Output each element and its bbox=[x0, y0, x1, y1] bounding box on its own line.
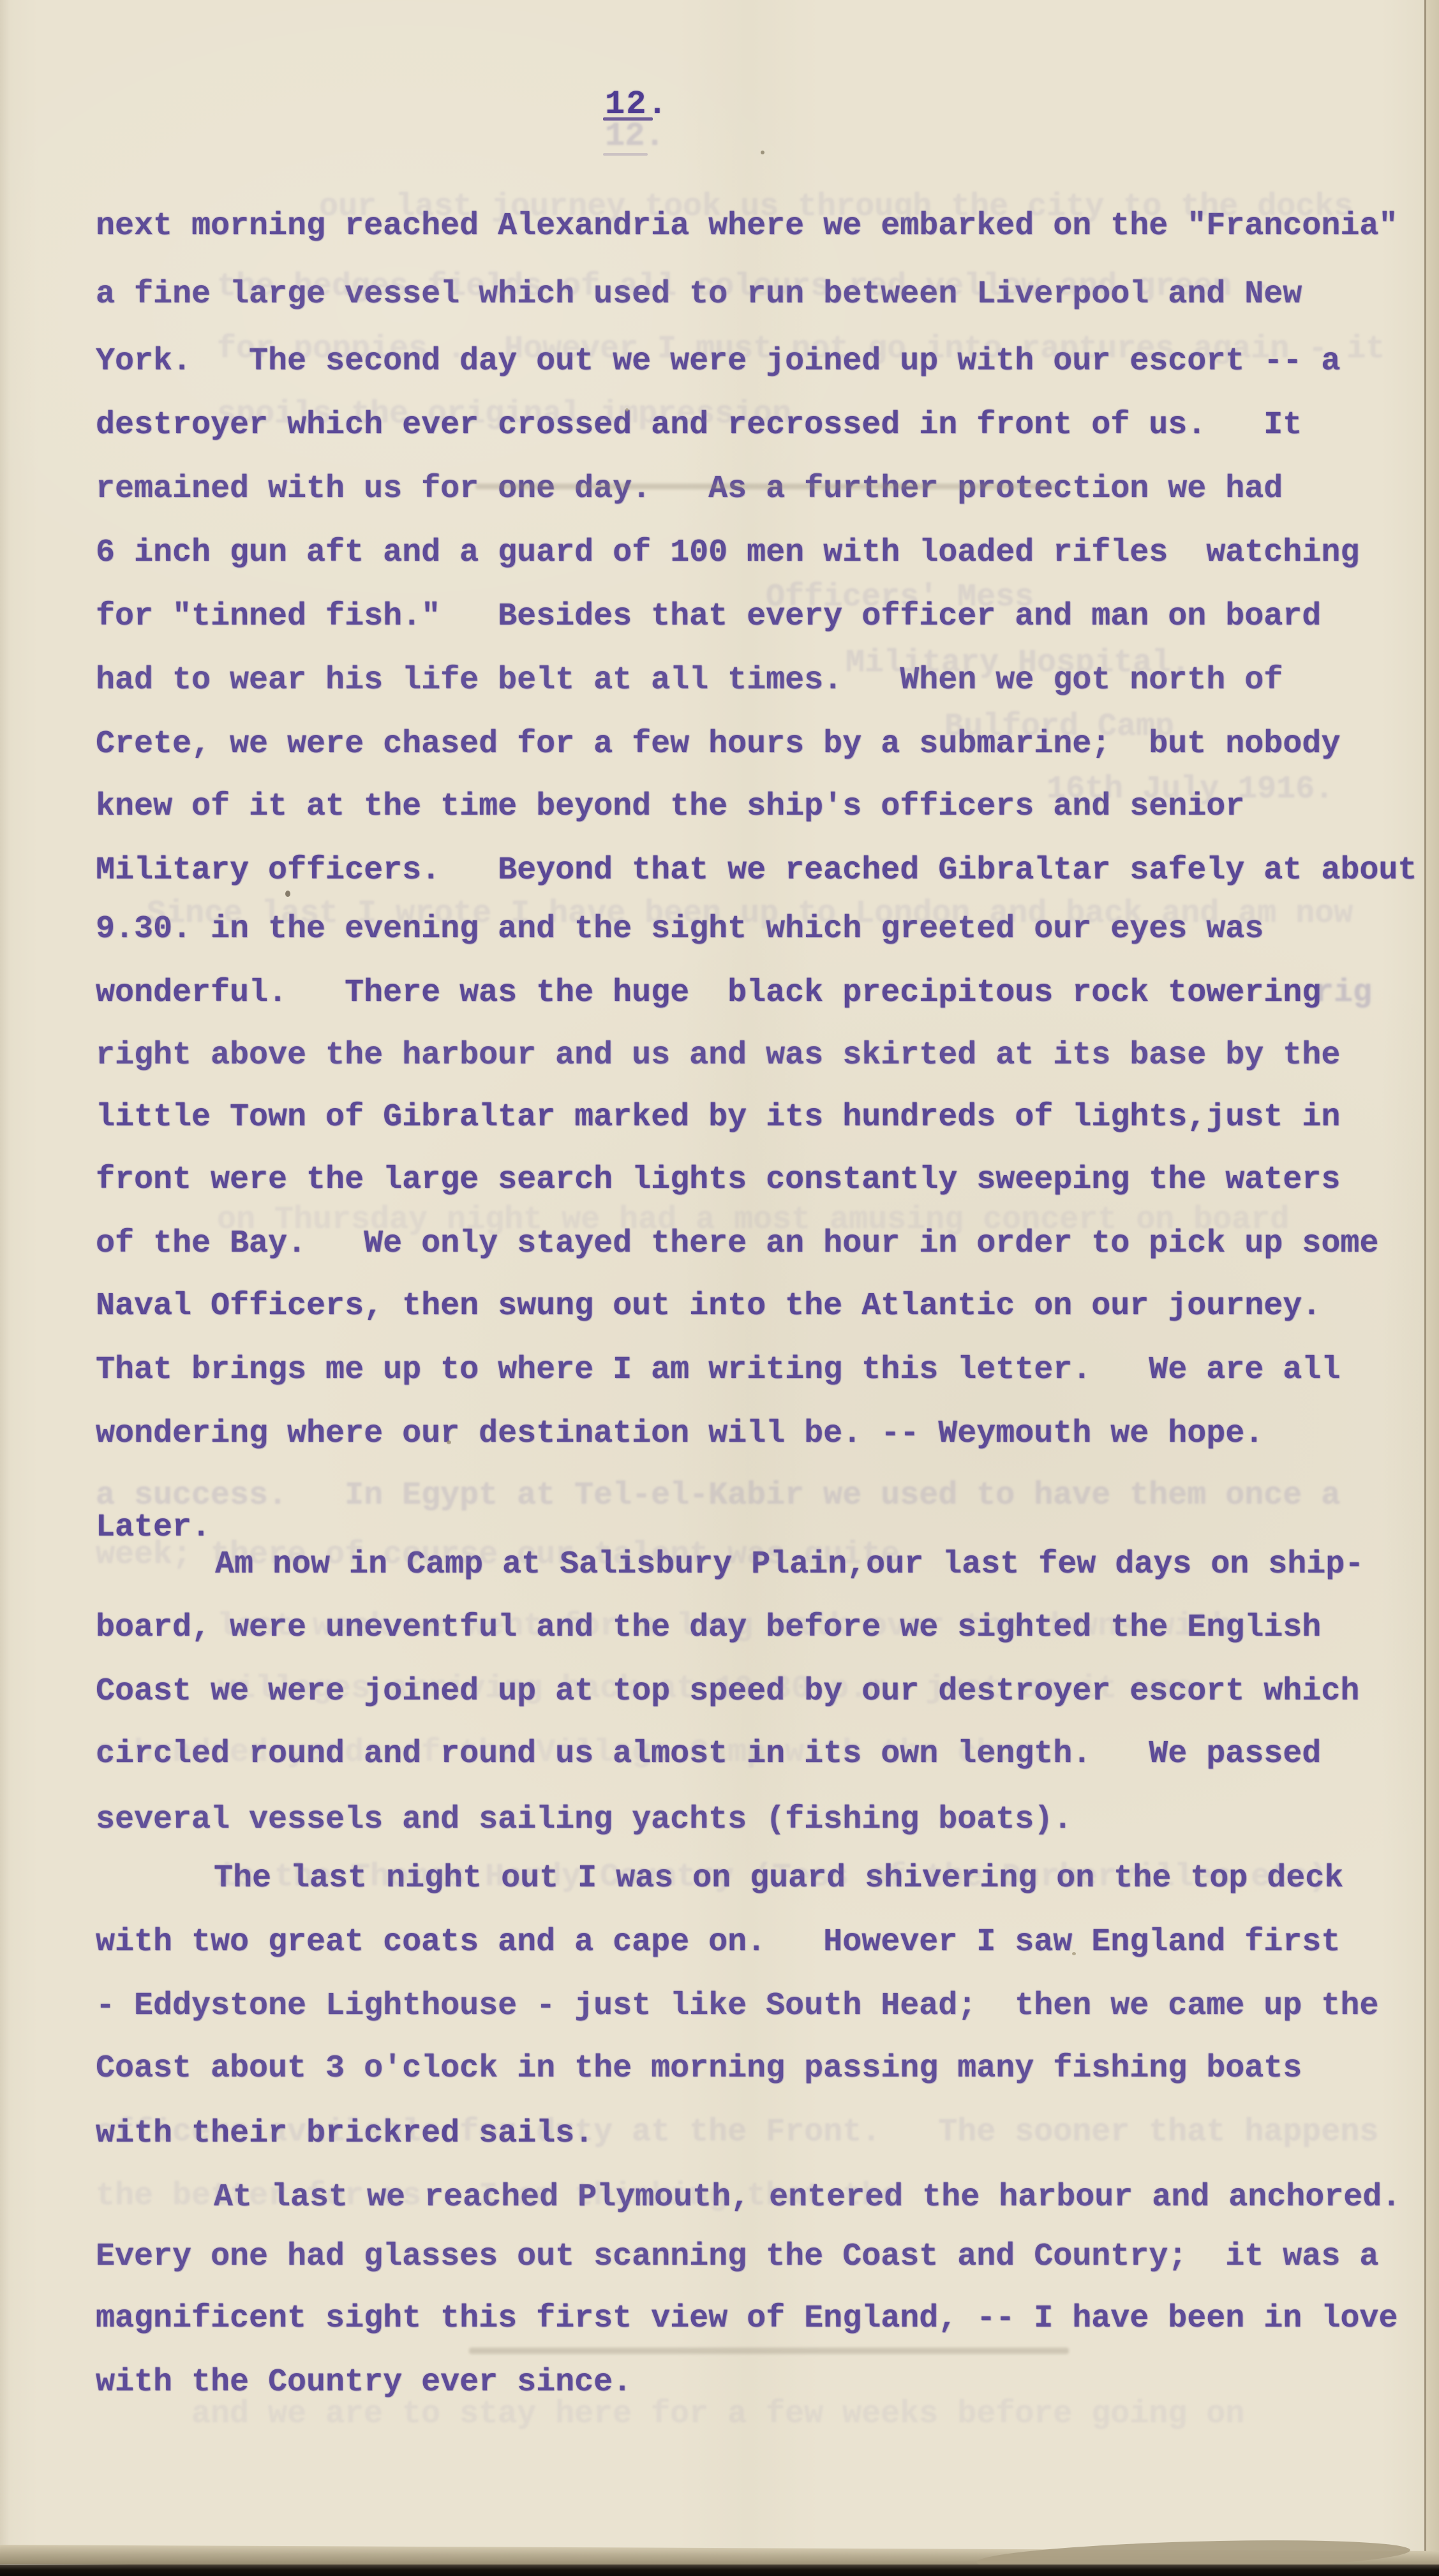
smudge-streak bbox=[469, 2348, 1069, 2354]
ghost-bleedthrough-line: spoils the original impression bbox=[217, 399, 791, 431]
ghost-bleedthrough-line: and we are to stay here for a few weeks … bbox=[191, 2399, 1244, 2431]
typewritten-line: Coast about 3 o'clock in the morning pas… bbox=[96, 2053, 1302, 2085]
ghost-bleedthrough-line: Bulford Camp bbox=[944, 711, 1174, 743]
paper-speck bbox=[761, 151, 764, 154]
ghost-bleedthrough-line: for poppies . However I must not go into… bbox=[217, 334, 1385, 366]
ghost-bleedthrough-line: officers available for duty at the Front… bbox=[96, 2117, 1378, 2149]
typewritten-line: right above the harbour and us and was s… bbox=[96, 1040, 1340, 1072]
book-edge-shadow bbox=[0, 2565, 1439, 2576]
typewritten-line: with the Country ever since. bbox=[96, 2367, 632, 2399]
typewritten-line: wondering where our destination will be.… bbox=[96, 1418, 1264, 1450]
typewritten-line: Military officers. Beyond that we reache… bbox=[96, 855, 1417, 887]
typewritten-line: magnificent sight this first view of Eng… bbox=[96, 2303, 1398, 2335]
ghost-bleedthrough-line: 16th July 1916. bbox=[1047, 774, 1334, 806]
page-number-ghost: 12. bbox=[605, 120, 665, 153]
ghost-bleedthrough-line: on Thursday night we had a most amusing … bbox=[217, 1204, 1289, 1236]
typewritten-line: several vessels and sailing yachts (fish… bbox=[96, 1804, 1072, 1836]
typewritten-line: That brings me up to where I am writing … bbox=[96, 1354, 1340, 1386]
scanned-letter-page: 12. 12. next morning reached Alexandria … bbox=[0, 0, 1439, 2576]
paper-speck bbox=[447, 1440, 451, 1444]
typewritten-line: front were the large search lights const… bbox=[96, 1164, 1340, 1196]
ghost-bleedthrough-line: week; there of course our talent was qui… bbox=[96, 1539, 900, 1571]
typewritten-line: remained with us for one day. As a furth… bbox=[96, 473, 1283, 505]
ghost-bleedthrough-line: rig bbox=[1315, 977, 1372, 1009]
ghost-bleedthrough-line: last week we went for a long walk over t… bbox=[217, 1611, 1232, 1643]
typewritten-line: Naval Officers, then swung out into the … bbox=[96, 1291, 1321, 1322]
ghost-bleedthrough-line: is the Thomas Hardy Country (Tess of the… bbox=[217, 1862, 1327, 1893]
ghost-bleedthrough-line: a success. In Egypt at Tel-el-Kabir we u… bbox=[96, 1480, 1340, 1512]
ghost-bleedthrough-line: a hundred yards of the Village Camp with… bbox=[96, 1737, 1072, 1769]
typewritten-line: - Eddystone Lighthouse - just like South… bbox=[96, 1990, 1378, 2022]
paper-speck bbox=[625, 408, 629, 411]
typewritten-line: with two great coats and a cape on. Howe… bbox=[96, 1927, 1340, 1958]
typewritten-line: for "tinned fish." Besides that every of… bbox=[96, 601, 1321, 633]
typewritten-line: little Town of Gibraltar marked by its h… bbox=[96, 1102, 1340, 1134]
page-number-ghost-underline bbox=[603, 153, 648, 156]
ghost-bleedthrough-line: our last journey took us through the cit… bbox=[319, 191, 1353, 223]
ghost-bleedthrough-line: Officers' Mess bbox=[766, 582, 1034, 614]
ghost-bleedthrough-line: the hedges fields of all colours red yel… bbox=[217, 271, 1270, 303]
typewritten-line: Every one had glasses out scanning the C… bbox=[96, 2241, 1378, 2273]
typewritten-line: wonderful. There was the huge black prec… bbox=[96, 977, 1321, 1009]
smudge-streak bbox=[475, 484, 1056, 489]
typewritten-line: 6 inch gun aft and a guard of 100 men wi… bbox=[96, 537, 1359, 569]
paper-speck bbox=[1072, 1952, 1076, 1955]
ghost-bleedthrough-line: villages arriving back at 10.30 p.m. jus… bbox=[217, 1673, 1193, 1705]
ghost-bleedthrough-line: the better for us. I am thinking that th… bbox=[96, 2180, 900, 2212]
paper-speck bbox=[285, 891, 290, 897]
ghost-bleedthrough-line: Military Hospital. bbox=[846, 648, 1190, 679]
right-page-edge bbox=[1424, 0, 1439, 2576]
ghost-bleedthrough-line: Since last I wrote I have been up to Lon… bbox=[147, 898, 1353, 930]
